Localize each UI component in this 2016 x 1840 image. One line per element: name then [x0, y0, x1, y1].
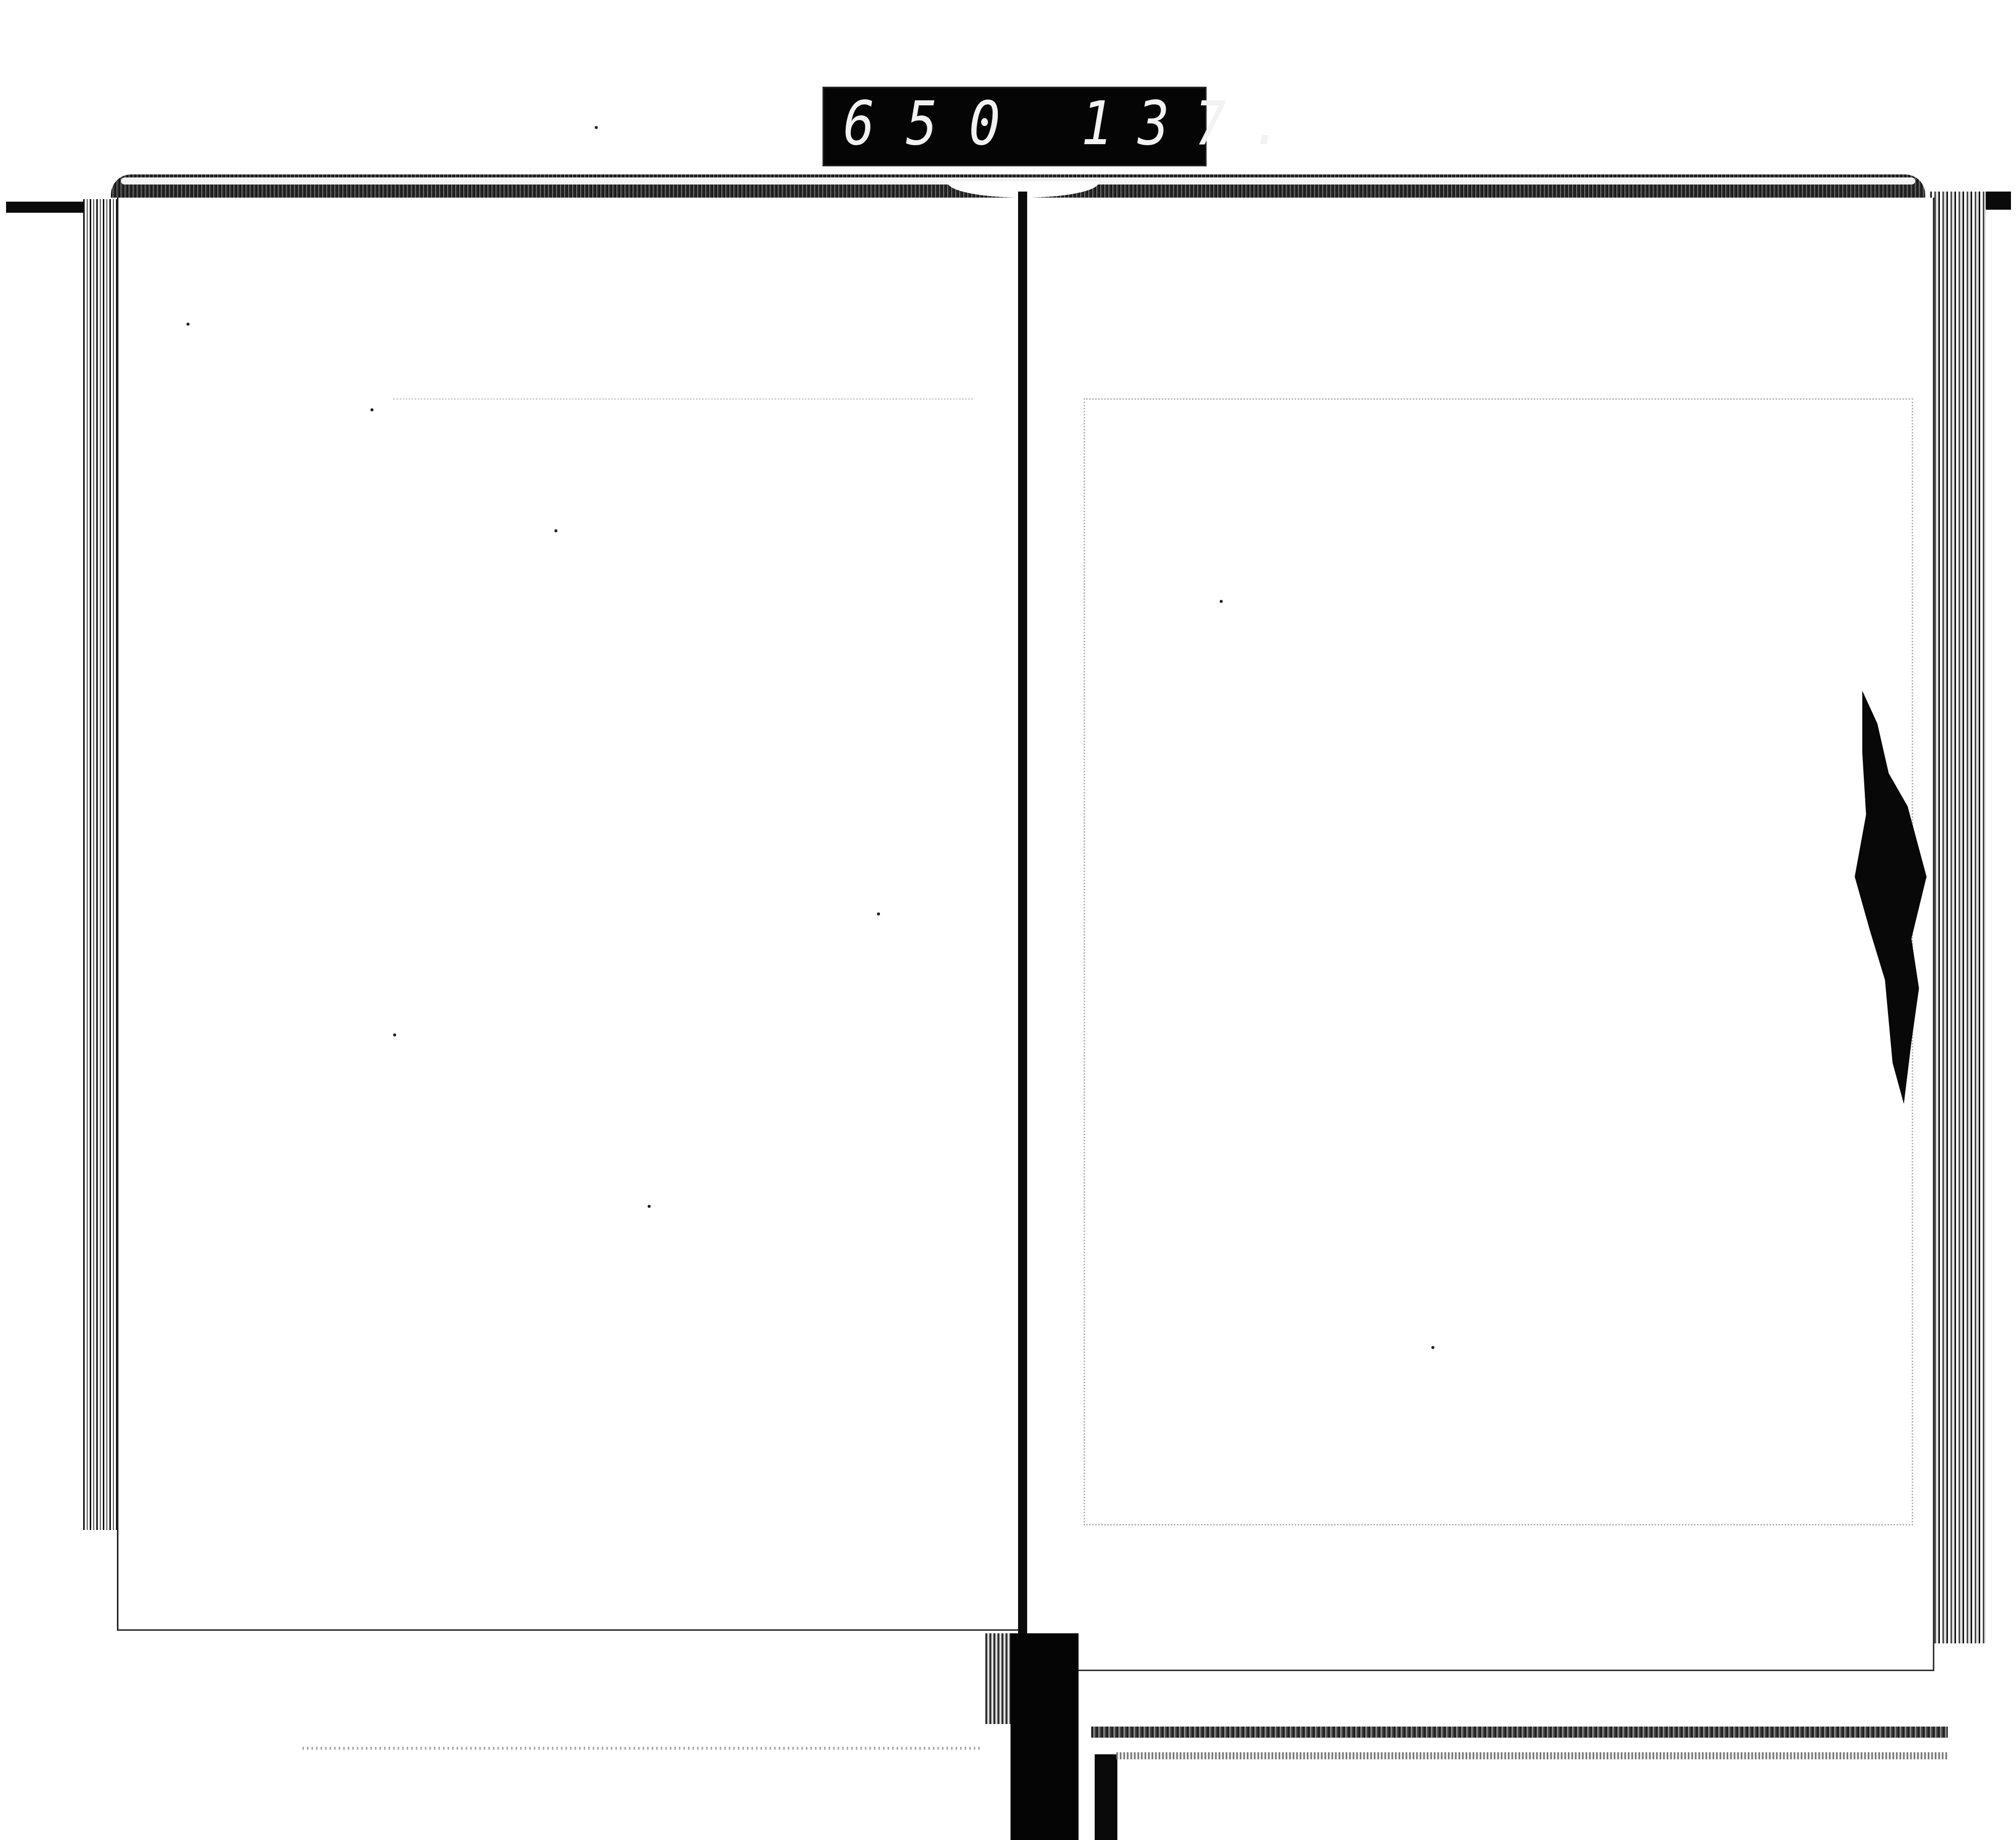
scan-speck: [554, 529, 557, 532]
left-page-ruled-line: [393, 398, 973, 400]
frame-number: 137.: [1081, 93, 1308, 154]
scan-speck: [186, 323, 190, 326]
frame-counter: 650 137.: [823, 87, 1207, 166]
page-stack-left: [83, 199, 117, 1530]
scan-speck: [877, 912, 880, 915]
scan-speck: [648, 1205, 651, 1208]
clamp-foot: [1095, 1754, 1117, 1840]
bottom-edge-right-shadow: [1116, 1752, 1948, 1759]
left-page: [117, 198, 1025, 1631]
scan-speck: [370, 408, 373, 411]
page-stack-right: [1930, 192, 1986, 1643]
bottom-edge-right: [1091, 1727, 1948, 1738]
scan-speck: [595, 126, 598, 129]
scan-speck: [1431, 1346, 1434, 1349]
reel-number: 650: [843, 93, 1032, 154]
book-clamp: [1011, 1633, 1079, 1840]
clamp-side: [985, 1633, 1013, 1724]
bottom-edge-left: [302, 1747, 983, 1750]
scan-speck: [1220, 600, 1223, 603]
scan-speck: [393, 1033, 396, 1036]
book-gutter: [1018, 192, 1027, 1638]
right-page-ruled-frame: [1084, 398, 1913, 1525]
